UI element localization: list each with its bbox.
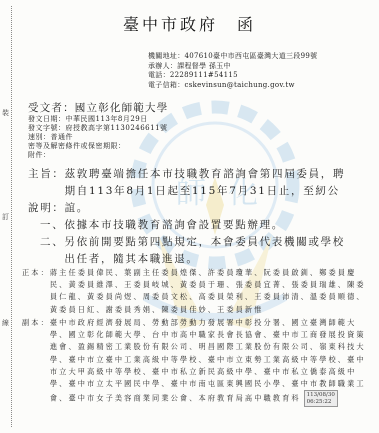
original-recipients-block: 正本： 蔣主任委員偉民、葉副主任委員煌傑、許委員瓊華、阮委員啟釧、鄭委員慶民、黃… xyxy=(22,267,366,316)
stamp-time: 06:25:22 xyxy=(307,399,332,405)
binding-mark-xian: 線 xyxy=(2,320,9,327)
explanation-item: 二、 另依前開要點第四點規定，本會委員代表機關或學校出任者，隨其本職進退。 xyxy=(40,234,354,268)
agency-address: 機關地址：407610臺中市西屯區臺灣大道三段99號 xyxy=(148,52,379,62)
explanation-item-number: 二、 xyxy=(40,234,64,268)
explanation-item-text: 另依前開要點第四點規定，本會委員代表機關或學校出任者，隨其本職進退。 xyxy=(64,234,354,268)
explanation-item-number: 一、 xyxy=(40,217,64,234)
document-title: 臺中市政府 函 xyxy=(0,12,379,35)
meta-block: 發文日期：中華民國113年8月29日 發文字號：府授教高字第1130246611… xyxy=(28,115,168,160)
meta-ref-number: 發文字號：府授教高字第1130246611號 xyxy=(28,124,168,133)
copy-recipients-block: 副本： 臺中市政府經濟發展局、勞動部勞動力發展署中彰投分署、國立臺灣師範大學、國… xyxy=(22,317,366,407)
explanation-item-text: 依據本市技職教育諮詢會設置要點辦理。 xyxy=(64,217,354,234)
original-label: 正本： xyxy=(22,267,50,316)
agency-email: 電子信箱：cskevinsun@taichung.gov.tw xyxy=(148,81,348,91)
agency-info-block: 機關地址：407610臺中市西屯區臺灣大道三段99號 承辦人：課程督學 孫玉中 … xyxy=(148,52,348,90)
receipt-timestamp-stamp: 113/08/3006:25:22 xyxy=(304,390,338,407)
binding-mark-ding: 訂 xyxy=(2,214,9,221)
meta-security: 密等及解密條件或保密期限： xyxy=(28,142,168,151)
stamp-date: 113/08/30 xyxy=(307,392,335,398)
agency-contact: 承辦人：課程督學 孫玉中 xyxy=(148,62,348,72)
agency-phone: 電話：22289111#54115 xyxy=(148,71,348,81)
recipient-line: 受文者：國立彰化師範大學 xyxy=(28,100,168,115)
explanation-item: 一、 依據本市技職教育諮詢會設置要點辦理。 xyxy=(40,217,354,234)
original-recipients-text: 蔣主任委員偉民、葉副主任委員煌傑、許委員瓊華、阮委員啟釧、鄭委員慶民、黃委員維澤… xyxy=(50,267,366,316)
official-letter-page: 師 化 裝 訂 線 臺中市政府 函 機關地址：407610臺中市西屯區臺灣大道三… xyxy=(0,0,379,433)
meta-attachment: 附件： xyxy=(28,151,168,160)
copy-label: 副本： xyxy=(22,317,50,407)
binding-mark-zhuang: 裝 xyxy=(2,110,9,117)
copy-recipients-text: 臺中市政府經濟發展局、勞動部勞動力發展署中彰投分署、國立臺灣師範大學、國立彰化師… xyxy=(50,317,366,407)
meta-issue-date: 發文日期：中華民國113年8月29日 xyxy=(28,115,168,124)
explanation-label: 說明： xyxy=(28,200,354,217)
binding-dotted-line xyxy=(11,6,12,427)
explanation-section: 說明： 一、 依據本市技職教育諮詢會設置要點辦理。 二、 另依前開要點第四點規定… xyxy=(28,200,354,268)
meta-speed: 速別：普通件 xyxy=(28,133,168,142)
